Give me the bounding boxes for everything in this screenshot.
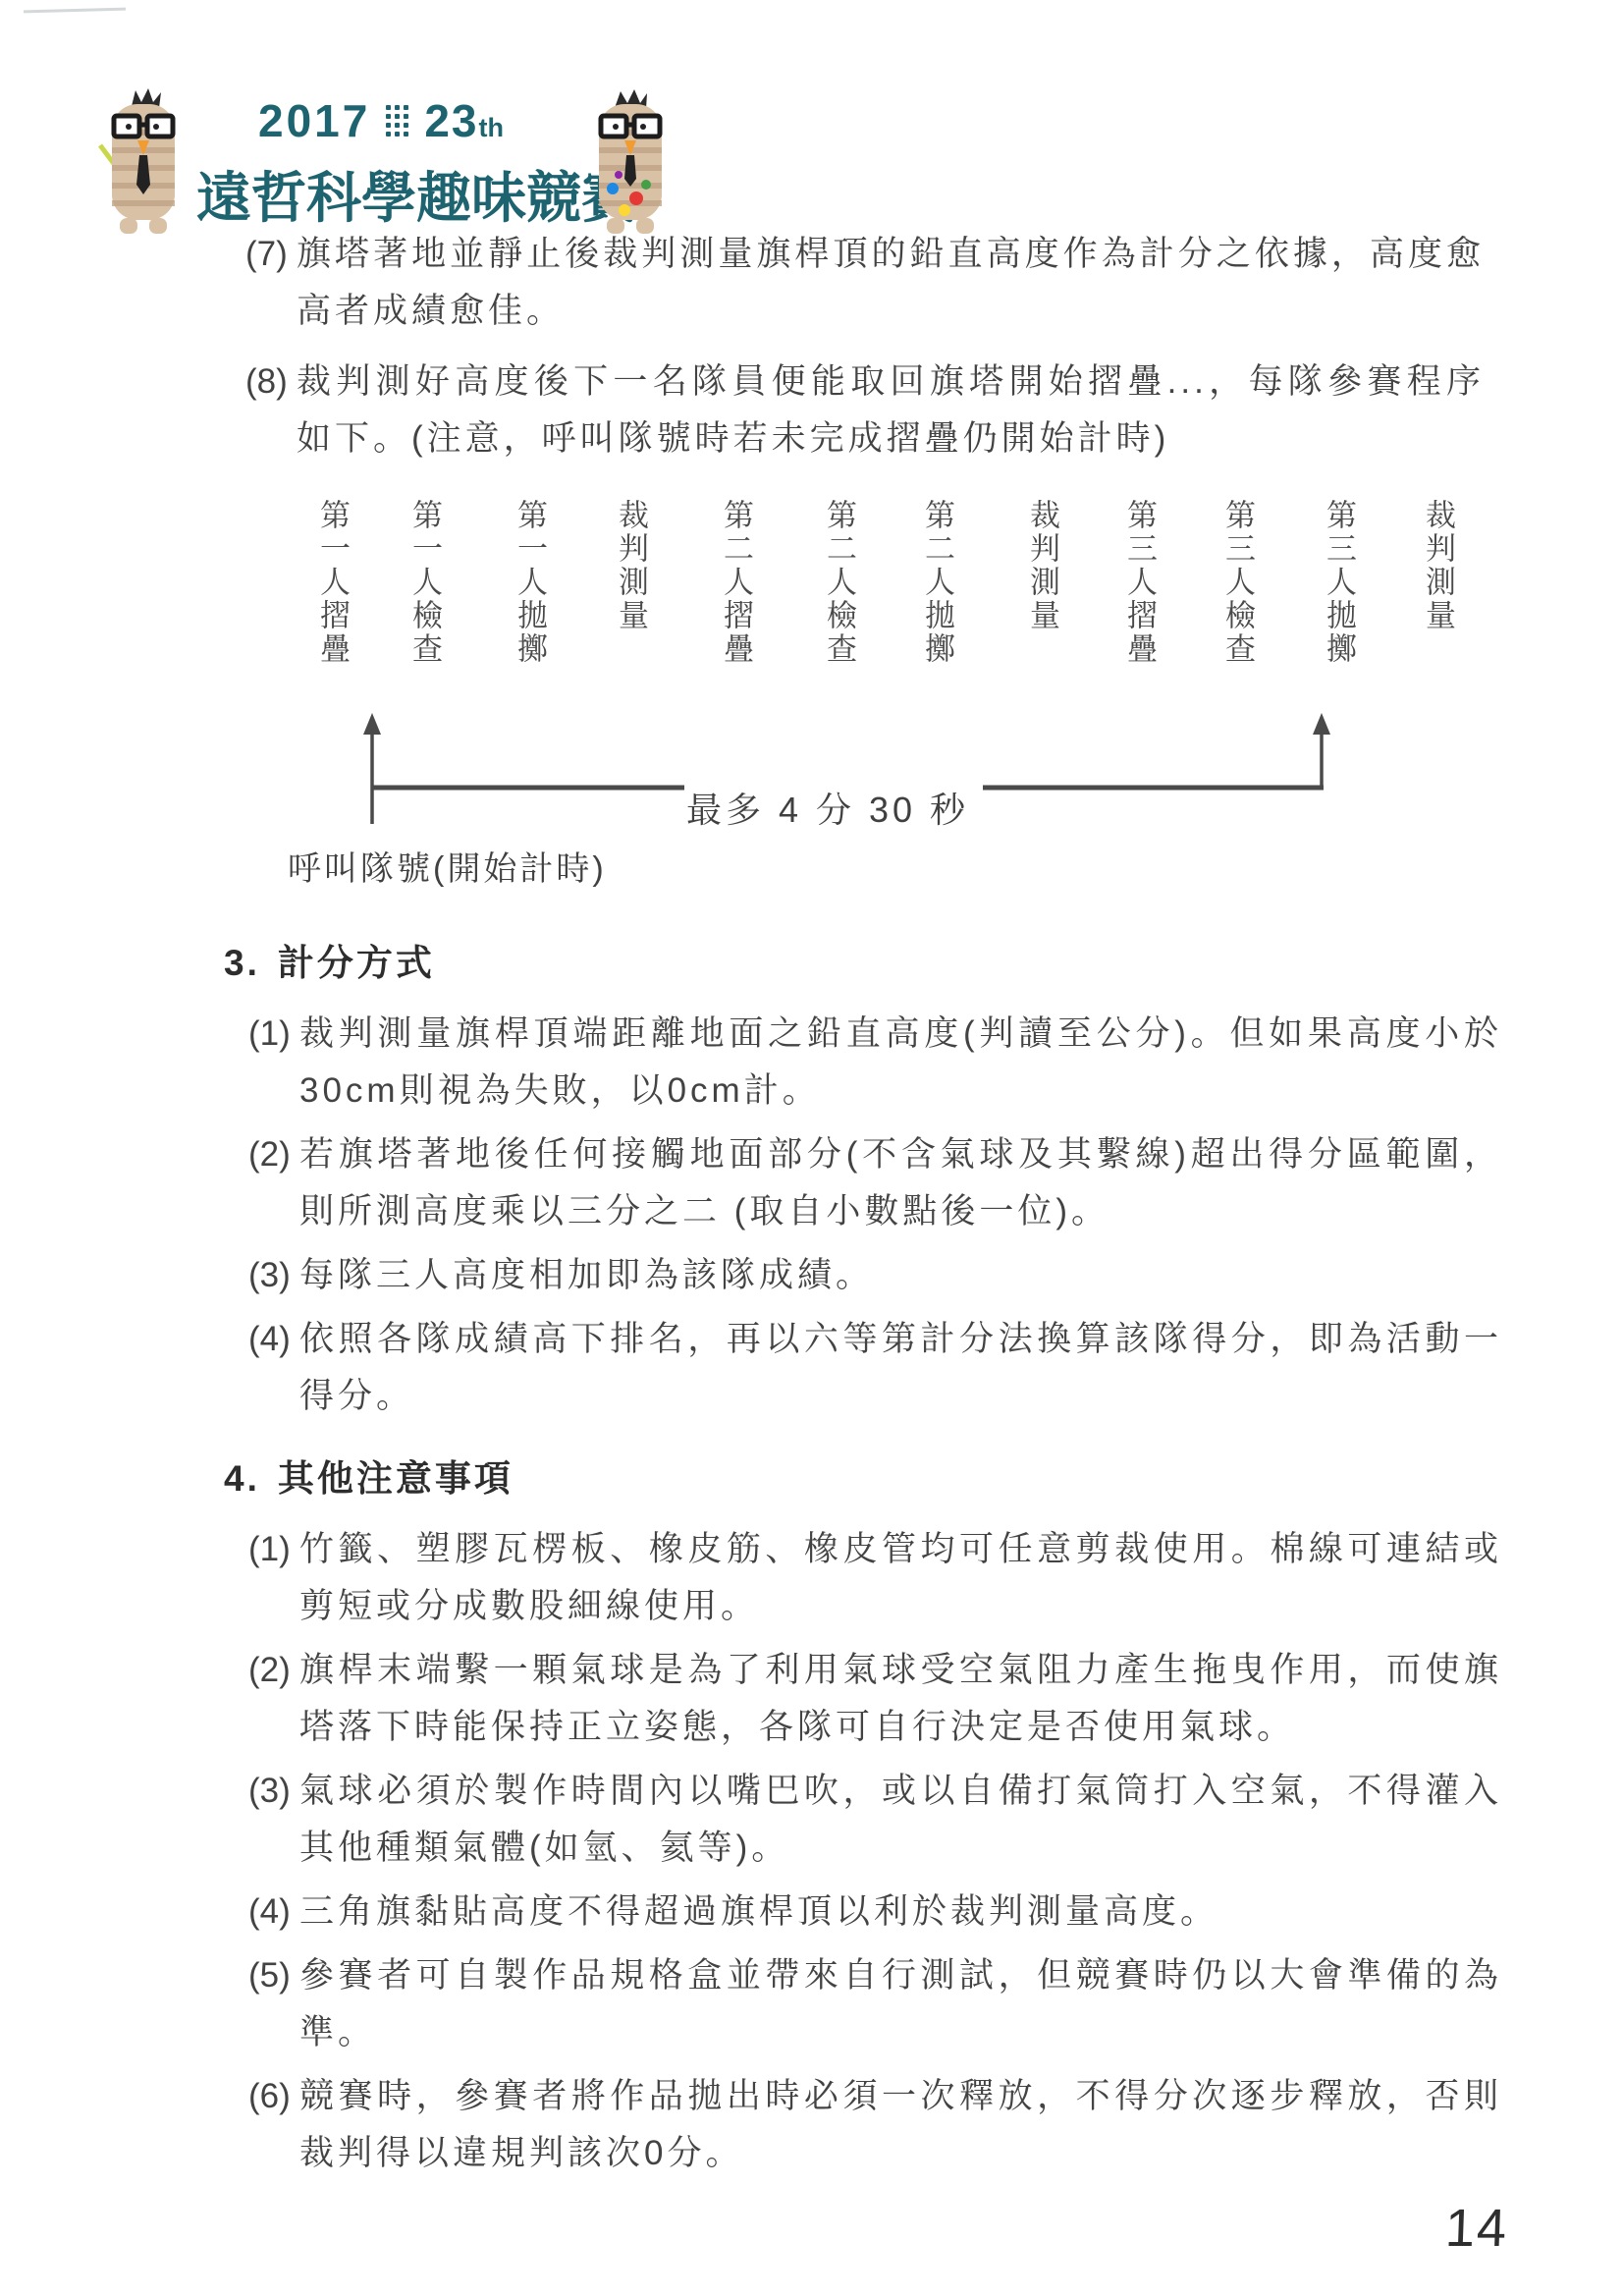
diagram-step: 第三人檢查: [1220, 499, 1254, 666]
item-text: 競賽時，參賽者將作品拋出時必須一次釋放，不得分次逐步釋放，否則裁判得以違規判該次…: [299, 2068, 1502, 2182]
item-marker: (1): [248, 1521, 299, 1635]
diagram-step: 裁判測量: [614, 499, 647, 632]
item-marker: (7): [245, 226, 297, 340]
diagram-step: 第三人拋擲: [1322, 499, 1355, 666]
rules-sections: 3. 計分方式 (1) 裁判測量旗桿頂端距離地面之鉛直高度(判讀至公分)。但如果…: [224, 935, 1502, 2189]
list-item: (4) 依照各隊成績高下排名，再以六等第計分法換算該隊得分，即為活動一得分。: [248, 1311, 1502, 1425]
item-marker: (2): [248, 1642, 299, 1756]
item-marker: (5): [248, 1947, 299, 2061]
list-item: (4) 三角旗黏貼高度不得超過旗桿頂以利於裁判測量高度。: [248, 1884, 1502, 1941]
duration-label: 最多 4 分 30 秒: [671, 783, 985, 833]
section-title: 計分方式: [278, 935, 435, 992]
list-item: (1) 裁判測量旗桿頂端距離地面之鉛直高度(判讀至公分)。但如果高度小於30cm…: [248, 1006, 1502, 1120]
item-text: 竹籤、塑膠瓦楞板、橡皮筋、橡皮管均可任意剪裁使用。棉線可連結或剪短或分成數股細線…: [299, 1521, 1502, 1635]
section-items: (1) 裁判測量旗桿頂端距離地面之鉛直高度(判讀至公分)。但如果高度小於30cm…: [224, 1006, 1502, 1425]
list-item: (3) 氣球必須於製作時間內以嘴巴吹，或以自備打氣筒打入空氣，不得灌入其他種類氣…: [248, 1763, 1502, 1877]
item-text: 參賽者可自製作品規格盒並帶來自行測試，但競賽時仍以大會準備的為準。: [299, 1947, 1502, 2061]
item-text: 每隊三人高度相加即為該隊成績。: [299, 1247, 1502, 1304]
list-item: (5) 參賽者可自製作品規格盒並帶來自行測試，但競賽時仍以大會準備的為準。: [248, 1947, 1502, 2061]
list-item: (6) 競賽時，參賽者將作品拋出時必須一次釋放，不得分次逐步釋放，否則裁判得以違…: [248, 2068, 1502, 2182]
item-text: 三角旗黏貼高度不得超過旗桿頂以利於裁判測量高度。: [299, 1884, 1502, 1941]
item-text: 依照各隊成績高下排名，再以六等第計分法換算該隊得分，即為活動一得分。: [299, 1311, 1502, 1425]
item-text: 若旗塔著地後任何接觸地面部分(不含氣球及其繫線)超出得分區範圍，則所測高度乘以三…: [299, 1126, 1502, 1240]
list-item: (2) 旗桿末端繫一顆氣球是為了利用氣球受空氣阻力產生拖曳作用，而使旗塔落下時能…: [248, 1642, 1502, 1756]
logo-text-block: 2017 23 th 遠哲科學趣味競賽: [196, 94, 566, 234]
item-marker: (4): [248, 1884, 299, 1941]
list-item: (2) 若旗塔著地後任何接觸地面部分(不含氣球及其繫線)超出得分區範圍，則所測高…: [248, 1126, 1502, 1240]
list-item: (3) 每隊三人高度相加即為該隊成績。: [248, 1247, 1502, 1304]
list-item: (8) 裁判測好高度後下一名隊員便能取回旗塔開始摺疊...，每隊參賽程序如下。(…: [245, 354, 1485, 467]
item-marker: (4): [248, 1311, 299, 1425]
start-timing-label: 呼叫隊號(開始計時): [288, 842, 607, 890]
item-text: 裁判測量旗桿頂端距離地面之鉛直高度(判讀至公分)。但如果高度小於30cm則視為失…: [299, 1006, 1502, 1120]
item-marker: (3): [248, 1763, 299, 1877]
diagram-step: 裁判測量: [1025, 499, 1058, 632]
section-items: (1) 竹籤、塑膠瓦楞板、橡皮筋、橡皮管均可任意剪裁使用。棉線可連結或剪短或分成…: [224, 1521, 1502, 2182]
scan-artifact: [24, 8, 126, 14]
item-text: 旗桿末端繫一顆氣球是為了利用氣球受空氣阻力產生拖曳作用，而使旗塔落下時能保持正立…: [299, 1642, 1502, 1756]
logo-edition: 23 th: [424, 94, 504, 147]
list-item: (7) 旗塔著地並靜止後裁判測量旗桿頂的鉛直高度作為計分之依據，高度愈高者成績愈…: [245, 226, 1485, 340]
item-marker: (2): [248, 1126, 299, 1240]
logo-year-row: 2017 23 th: [196, 94, 566, 147]
item-marker: (3): [248, 1247, 299, 1304]
item-text: 氣球必須於製作時間內以嘴巴吹，或以自備打氣筒打入空氣，不得灌入其他種類氣體(如氫…: [299, 1763, 1502, 1877]
diagram-step: 第一人檢查: [407, 499, 441, 666]
document-page: 2017 23 th 遠哲科學趣味競賽: [0, 0, 1623, 2296]
diagram-step: 第三人摺疊: [1122, 499, 1156, 666]
section-heading: 3. 計分方式: [224, 935, 1502, 992]
dots-separator-icon: [386, 105, 408, 137]
item-marker: (6): [248, 2068, 299, 2182]
logo-title: 遠哲科學趣味競賽: [196, 155, 566, 234]
section-heading: 4. 其他注意事項: [224, 1450, 1502, 1507]
diagram-step: 第二人摺疊: [719, 499, 752, 666]
list-item: (1) 竹籤、塑膠瓦楞板、橡皮筋、橡皮管均可任意剪裁使用。棉線可連結或剪短或分成…: [248, 1521, 1502, 1635]
logo-year: 2017: [258, 94, 370, 147]
intro-section: (7) 旗塔著地並靜止後裁判測量旗桿頂的鉛直高度作為計分之依據，高度愈高者成績愈…: [245, 226, 1485, 481]
section-title: 其他注意事項: [278, 1450, 514, 1507]
section-number: 3.: [224, 935, 260, 992]
item-marker: (8): [245, 354, 297, 467]
diagram-step: 第一人摺疊: [315, 499, 349, 666]
diagram-step: 第一人拋擲: [513, 499, 546, 666]
item-text: 裁判測好高度後下一名隊員便能取回旗塔開始摺疊...，每隊參賽程序如下。(注意，呼…: [297, 354, 1485, 467]
diagram-step: 裁判測量: [1421, 499, 1454, 632]
diagram-step: 第二人拋擲: [920, 499, 953, 666]
owl-mascot-left-icon: [94, 88, 192, 251]
item-text: 旗塔著地並靜止後裁判測量旗桿頂的鉛直高度作為計分之依據，高度愈高者成績愈佳。: [297, 226, 1485, 340]
diagram-step: 第二人檢查: [822, 499, 855, 666]
section-number: 4.: [224, 1450, 260, 1507]
item-marker: (1): [248, 1006, 299, 1120]
page-number: 14: [1444, 2198, 1509, 2259]
sequence-diagram: 第一人摺疊 第一人檢查 第一人拋擲 裁判測量 第二人摺疊 第二人檢查 第二人拋擲…: [0, 496, 1623, 908]
